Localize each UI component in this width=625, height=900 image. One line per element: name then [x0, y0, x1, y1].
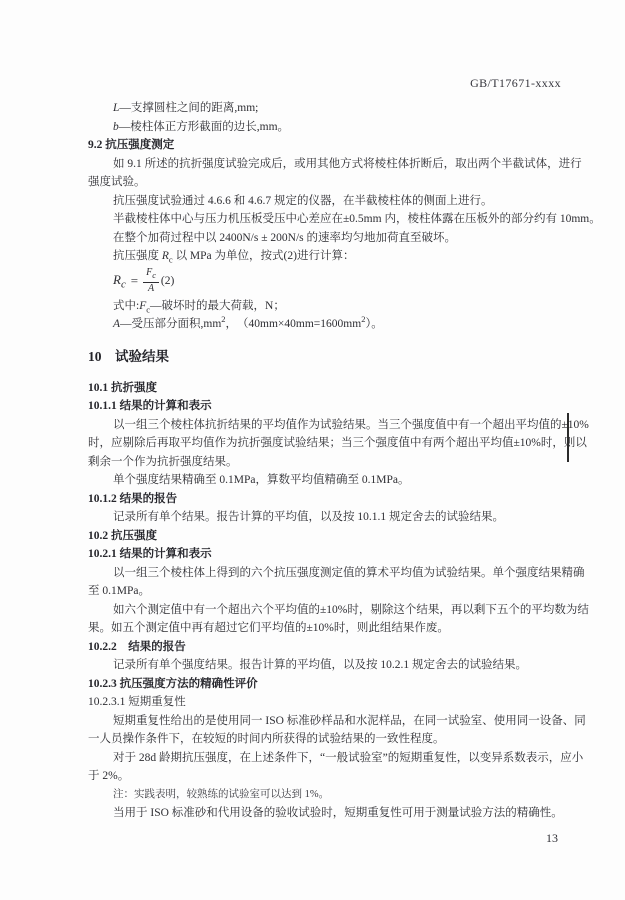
sub-heading: 10.2.3.1 短期重复性: [88, 693, 566, 712]
note-line: 注：实践表明，较熟练的试验室可以达到 1%。: [88, 786, 566, 805]
paragraph-line: 强度试验。: [88, 173, 566, 192]
paragraph-line: 如六个测定值中有一个超出六个平均值的±10%时，剔除这个结果，再以剩下五个的平均…: [88, 601, 566, 620]
section-heading: 10 试验结果: [88, 347, 566, 367]
paragraph-line: 式中:Fc—破坏时的最大荷载，N；: [88, 297, 566, 316]
paragraph-line: 果。如五个测定值中再有超过它们平均值的±10%时，则此组结果作废。: [88, 619, 566, 638]
paragraph-line: 短期重复性给出的是使用同一 ISO 标准砂样品和水泥样品，在同一试验室、使用同一…: [88, 712, 566, 731]
paragraph-line: 以一组三个棱柱体抗折结果的平均值作为试验结果。当三个强度值中有一个超出平均值的±…: [88, 416, 566, 435]
paragraph-line: 至 0.1MPa。: [88, 582, 566, 601]
document-page: GB/T17671-xxxx L—支撑圆柱之间的距离,mm;b—棱柱体正方形截面…: [0, 0, 625, 900]
paragraph-line: 在整个加荷过程中以 2400N/s ± 200N/s 的速率均匀地加荷直至破坏。: [88, 229, 566, 248]
paragraph-line: 抗压强度 Rc 以 MPa 为单位，按式(2)进行计算：: [88, 247, 566, 266]
page-number: 13: [546, 831, 558, 846]
standard-number-header: GB/T17671-xxxx: [470, 76, 561, 91]
sub-heading: 10.1.2 结果的报告: [88, 490, 566, 509]
revision-change-bar: [567, 413, 569, 462]
formula: Rc=FcA(2): [88, 266, 566, 297]
paragraph-line: 当用于 ISO 标准砂和代用设备的验收试验时，短期重复性可用于测量试验方法的精确…: [88, 804, 566, 823]
sub-heading: 9.2 抗压强度测定: [88, 136, 566, 155]
paragraph-line: 时，应剔除后再取平均值作为抗折强度试验结果；当三个强度值中有两个超出平均值±10…: [88, 434, 566, 453]
paragraph-line: 记录所有单个强度结果。报告计算的平均值，以及按 10.2.1 规定舍去的试验结果…: [88, 656, 566, 675]
paragraph-line: 抗压强度试验通过 4.6.6 和 4.6.7 规定的仪器，在半截棱柱体的侧面上进…: [88, 192, 566, 211]
sub-heading: 10.2.3 抗压强度方法的精确性评价: [88, 675, 566, 694]
sub-heading: 10.2 抗压强度: [88, 527, 566, 546]
paragraph-line: 记录所有单个结果。报告计算的平均值，以及按 10.1.1 规定舍去的试验结果。: [88, 508, 566, 527]
paragraph-line: 以一组三个棱柱体上得到的六个抗压强度测定值的算术平均值为试验结果。单个强度结果精…: [88, 564, 566, 583]
paragraph-line: L—支撑圆柱之间的距离,mm;: [88, 99, 566, 118]
document-body: L—支撑圆柱之间的距离,mm;b—棱柱体正方形截面的边长,mm。9.2 抗压强度…: [88, 99, 566, 823]
paragraph-line: 半截棱柱体中心与压力机压板受压中心差应在±0.5mm 内，棱柱体露在压板外的部分…: [88, 210, 566, 229]
sub-heading: 10.2.1 结果的计算和表示: [88, 545, 566, 564]
paragraph-line: 如 9.1 所述的抗折强度试验完成后，或用其他方式将棱柱体折断后，取出两个半截试…: [88, 155, 566, 174]
paragraph-line: 单个强度结果精确至 0.1MPa，算数平均值精确至 0.1MPa。: [88, 471, 566, 490]
sub-heading: 10.1.1 结果的计算和表示: [88, 397, 566, 416]
sub-heading: 10.1 抗折强度: [88, 379, 566, 398]
paragraph-line: A—受压部分面积,mm2， （40mm×40mm=1600mm2）。: [88, 315, 566, 334]
paragraph-line: 于 2%。: [88, 767, 566, 786]
paragraph-line: 对于 28d 龄期抗压强度，在上述条件下，“一般试验室”的短期重复性，以变异系数…: [88, 749, 566, 768]
paragraph-line: 剩余一个作为抗折强度结果。: [88, 453, 566, 472]
paragraph-line: 一人员操作条件下，在较短的时间内所获得的试验结果的一致性程度。: [88, 730, 566, 749]
paragraph-line: b—棱柱体正方形截面的边长,mm。: [88, 118, 566, 137]
sub-heading: 10.2.2 结果的报告: [88, 638, 566, 657]
